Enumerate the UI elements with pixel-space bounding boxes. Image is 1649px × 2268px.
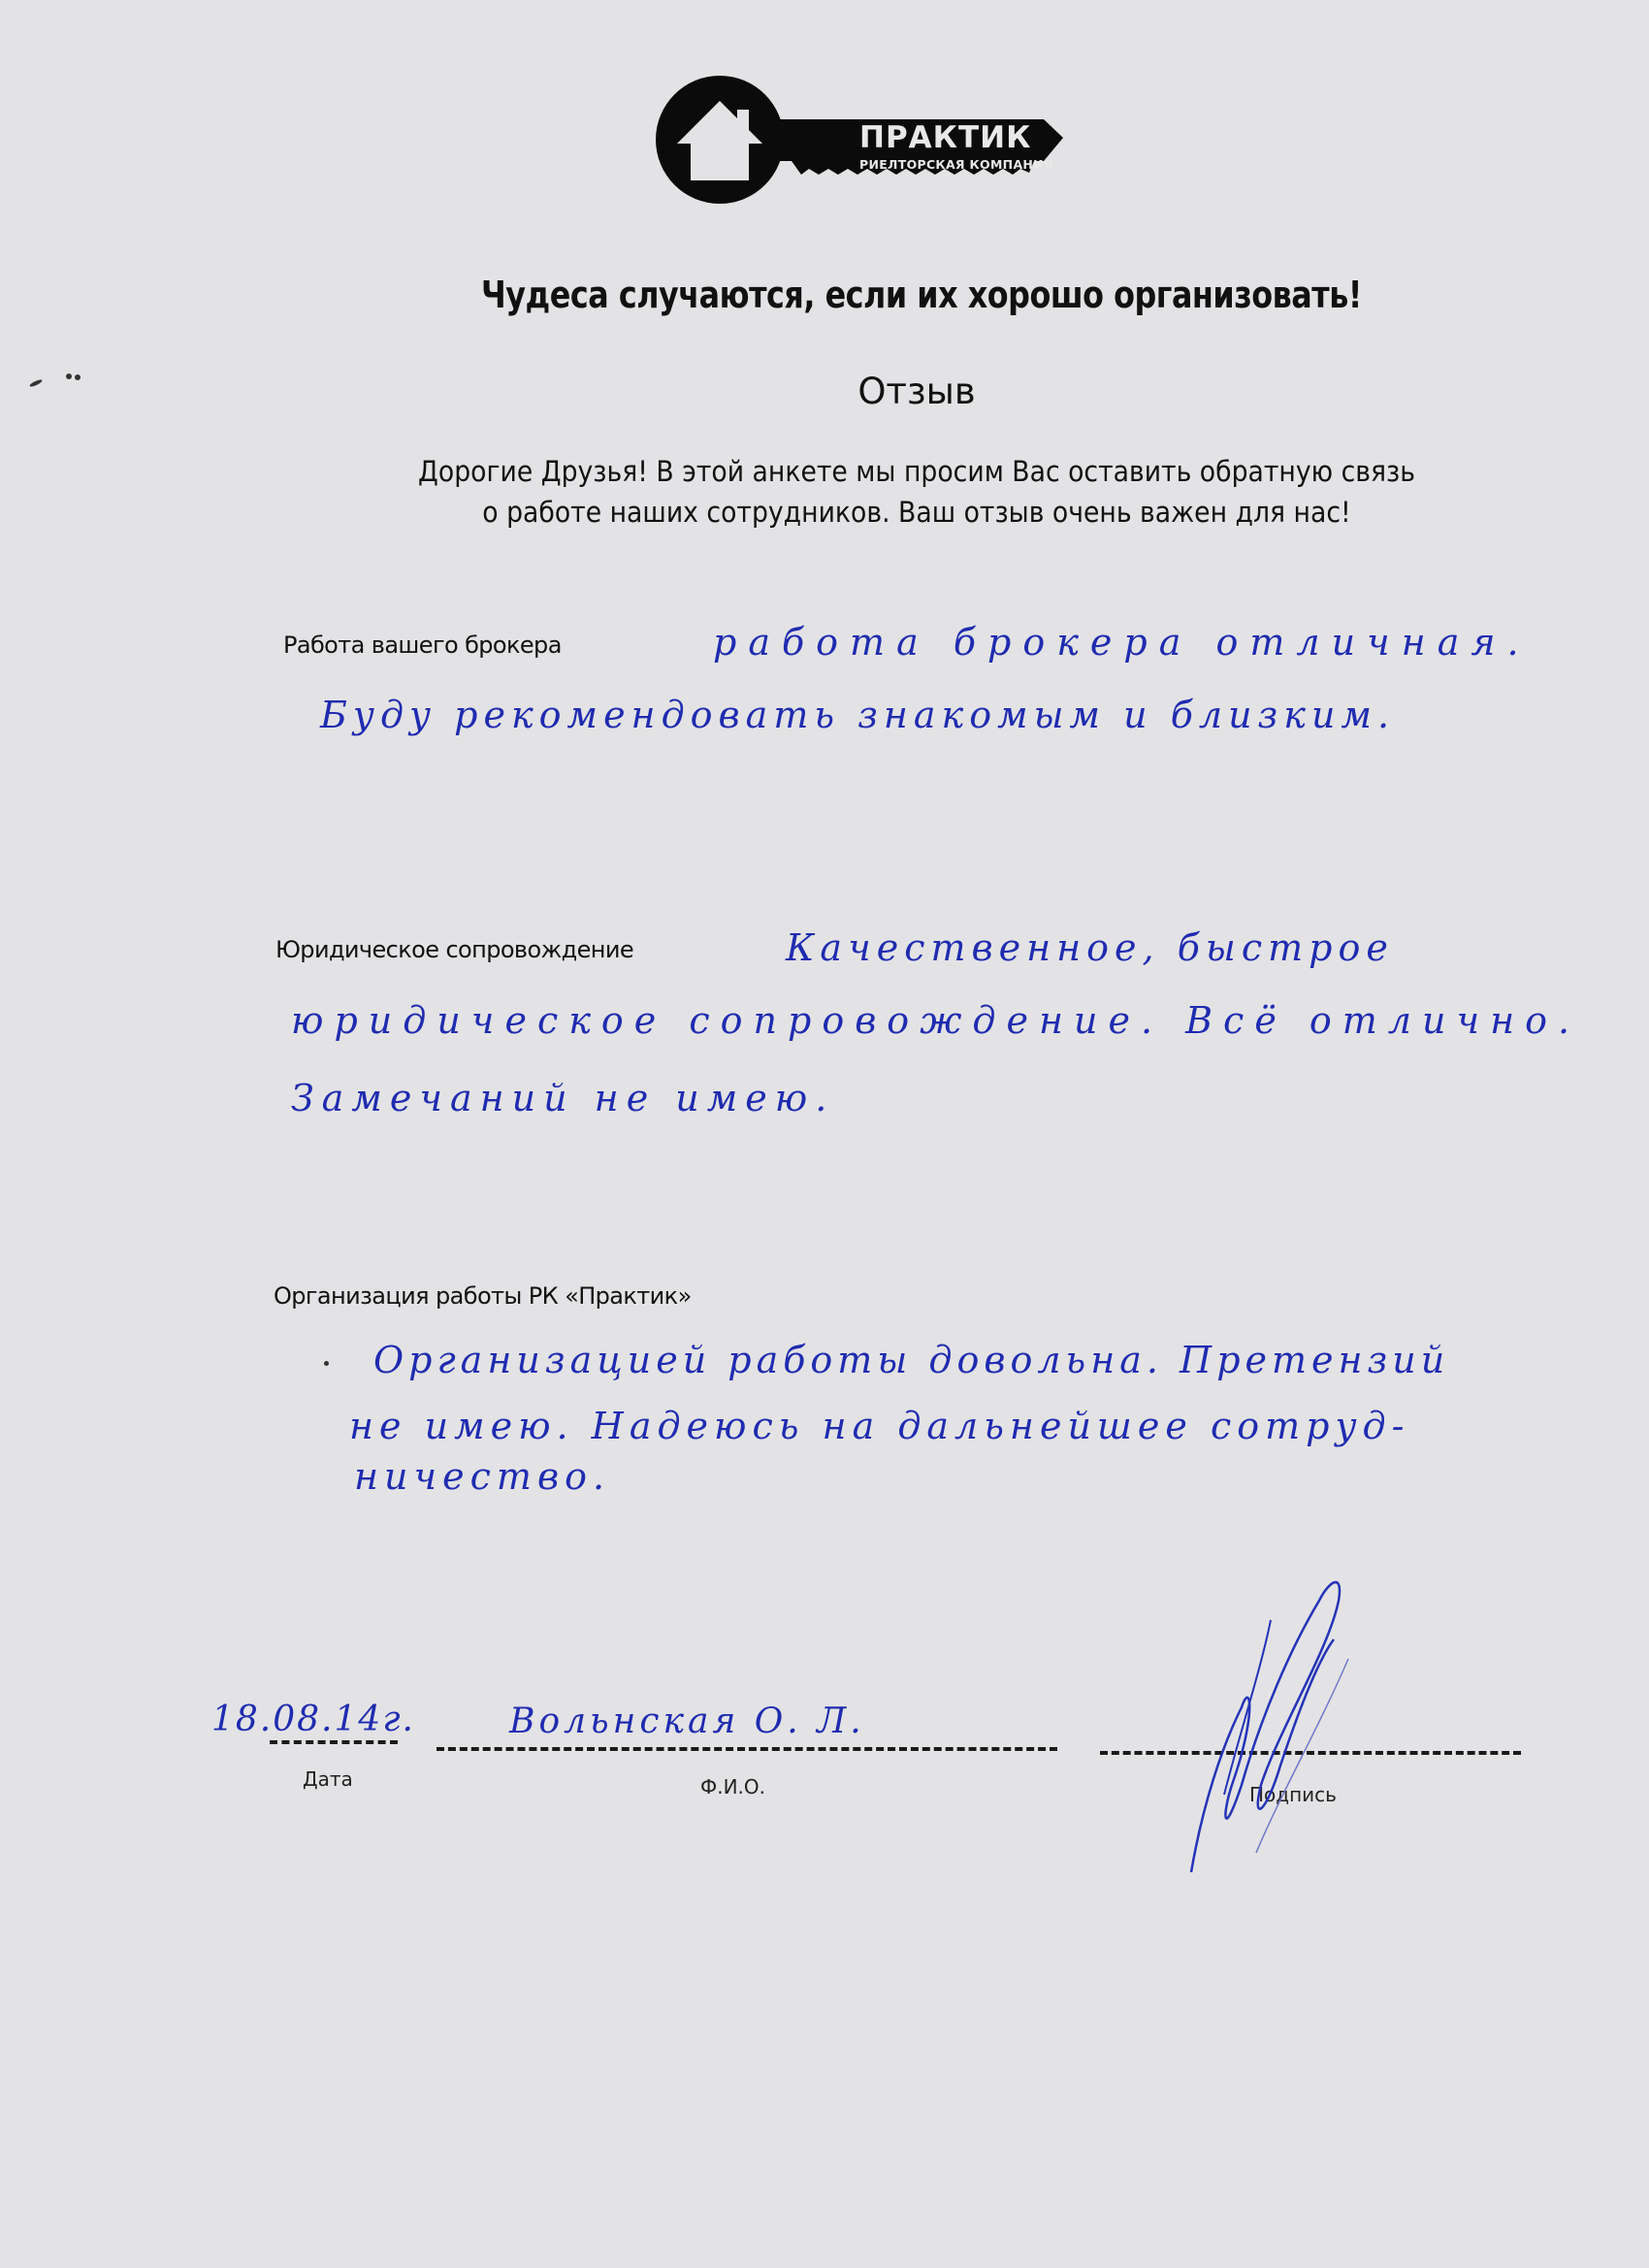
logo-subtitle: РИЕЛТОРСКАЯ КОМПАНИЯ bbox=[859, 157, 1053, 172]
answer-broker-line-2: Буду рекомендовать знакомым и близким. bbox=[320, 694, 1395, 736]
date-line bbox=[270, 1740, 398, 1744]
date-label: Дата bbox=[303, 1767, 353, 1791]
scan-speck bbox=[75, 374, 81, 380]
handwritten-signature bbox=[1164, 1562, 1474, 1882]
scan-speck bbox=[66, 373, 72, 379]
intro-line-2: о работе наших сотрудников. Ваш отзыв оч… bbox=[74, 492, 1649, 533]
section-label-organization: Организация работы РК «Практик» bbox=[274, 1282, 692, 1310]
answer-organization-line-3: ничество. bbox=[354, 1455, 610, 1498]
name-value: Вольнская О. Л. bbox=[509, 1701, 865, 1741]
answer-organization-line-1: Организацией работы довольна. Претензий bbox=[373, 1339, 1449, 1381]
section-label-broker: Работа вашего брокера bbox=[283, 632, 562, 659]
answer-organization-line-2: не имею. Надеюсь на дальнейшее сотруд- bbox=[349, 1405, 1409, 1447]
slogan: Чудеса случаются, если их хорошо организ… bbox=[65, 274, 1649, 316]
name-label: Ф.И.О. bbox=[700, 1775, 765, 1798]
page-title: Отзыв bbox=[0, 371, 1649, 412]
name-line bbox=[436, 1747, 1057, 1751]
answer-legal-line-1: Качественное, быстрое bbox=[786, 926, 1394, 969]
logo-name: ПРАКТИК bbox=[859, 120, 1031, 155]
ink-dot bbox=[324, 1361, 329, 1366]
answer-broker-line-1: работа брокера отличная. bbox=[713, 621, 1531, 664]
answer-legal-line-3: Замечаний не имею. bbox=[291, 1077, 834, 1119]
intro-text: Дорогие Друзья! В этой анкете мы просим … bbox=[74, 451, 1649, 533]
company-logo: ПРАКТИК РИЕЛТОРСКАЯ КОМПАНИЯ bbox=[656, 76, 1073, 204]
date-value: 18.08.14г. bbox=[211, 1700, 415, 1739]
intro-line-1: Дорогие Друзья! В этой анкете мы просим … bbox=[74, 451, 1649, 492]
answer-legal-line-2: юридическое сопровождение. Всё отлично. bbox=[291, 999, 1580, 1042]
section-label-legal: Юридическое сопровождение bbox=[275, 936, 633, 963]
